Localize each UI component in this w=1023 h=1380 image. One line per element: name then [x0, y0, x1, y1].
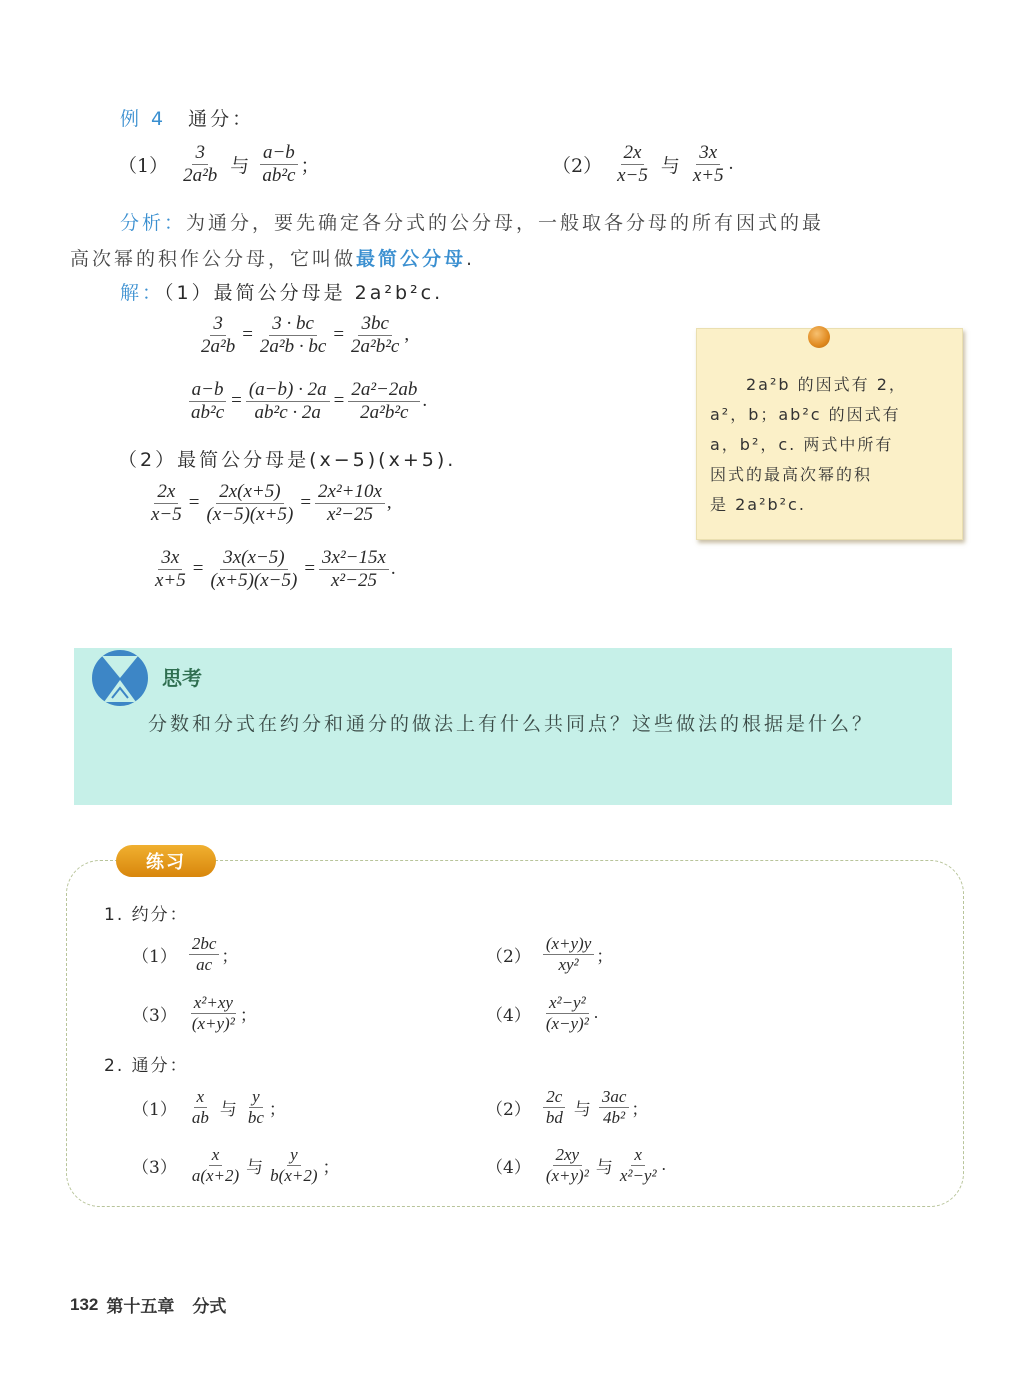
question-2-item-4: （4） 2xy(x+y)² 与 xx²−y² .: [486, 1145, 666, 1185]
question-2-item-3: （3） xa(x+2) 与 yb(x+2) ；: [132, 1145, 340, 1185]
analysis-paragraph: 分析：为通分，要先确定各分式的公分母，一般取各分母的所有因式的最 高次幂的积作公…: [70, 205, 970, 277]
question-1-label: 1. 约分：: [104, 900, 189, 925]
solution-label: 解：: [120, 282, 164, 304]
analysis-label: 分析：: [120, 212, 186, 234]
example-part-2: （2） 2xx−5 与 3xx+5 .: [552, 142, 733, 187]
fraction: a−bab²c: [259, 142, 298, 187]
think-question: 分数和分式在约分和通分的做法上有什么共同点？这些做法的根据是什么？: [92, 706, 942, 742]
equation-4: 3xx+5 = 3x(x−5)(x+5)(x−5) = 3x²−15xx²−25…: [150, 547, 396, 592]
example-header: 例 4 通分：: [120, 104, 254, 131]
fraction: 2xx−5: [614, 142, 651, 187]
equation-1: 32a²b = 3 · bc2a²b · bc = 3bc2a²b²c ,: [196, 313, 409, 358]
example-label: 例 4: [120, 104, 166, 131]
think-icon: [92, 650, 148, 706]
question-2-item-2: （2） 2cbd 与 3ac4b² ；: [486, 1087, 648, 1127]
solution-part-1-intro: 解：（1）最简公分母是 2a²b²c.: [120, 278, 443, 305]
analysis-text: 高次幂的积作公分母，它叫做: [70, 248, 356, 270]
question-1-item-1: （1） 2bcac ；: [132, 934, 238, 974]
analysis-text: 为通分，要先确定各分式的公分母，一般取各分母的所有因式的最: [186, 212, 824, 234]
section-title: 分式: [192, 1292, 226, 1317]
pushpin-icon: [808, 326, 830, 348]
question-2-label: 2. 通分：: [104, 1051, 189, 1076]
key-term: 最简公分母: [356, 248, 466, 270]
question-1-item-4: （4） x²−y²(x−y)² .: [486, 993, 598, 1033]
practice-badge: 练习: [116, 845, 216, 877]
think-title: 思考: [162, 662, 202, 691]
example-title: 通分：: [188, 104, 254, 131]
question-2-item-1: （1） xab 与 ybc ；: [132, 1087, 286, 1127]
question-1-item-3: （3） x²+xy(x+y)² ；: [132, 993, 257, 1033]
solution-part-2-intro: （2）最简公分母是(x−5)(x+5).: [118, 445, 456, 472]
sticky-note-text: 2a²b 的因式有 2， a²，b；ab²c 的因式有 a，b²，c. 两式中所…: [710, 370, 950, 520]
part-label: （2）: [552, 151, 602, 178]
example-part-1: （1） 32a²b 与 a−bab²c ；: [118, 142, 319, 187]
fraction: 32a²b: [180, 142, 220, 187]
equation-3: 2xx−5 = 2x(x+5)(x−5)(x+5) = 2x²+10xx²−25…: [146, 481, 392, 526]
conjunction: 与: [230, 151, 249, 178]
conjunction: 与: [661, 151, 680, 178]
chapter-title: 第十五章: [106, 1292, 174, 1317]
page-number: 132: [70, 1295, 98, 1315]
fraction: 3xx+5: [690, 142, 727, 187]
part-label: （1）: [118, 151, 168, 178]
page-footer: 132 第十五章 分式: [70, 1292, 226, 1317]
equation-2: a−bab²c = (a−b) · 2aab²c · 2a = 2a²−2ab2…: [186, 379, 427, 424]
question-1-item-2: （2） (x+y)yxy² ；: [486, 934, 613, 974]
